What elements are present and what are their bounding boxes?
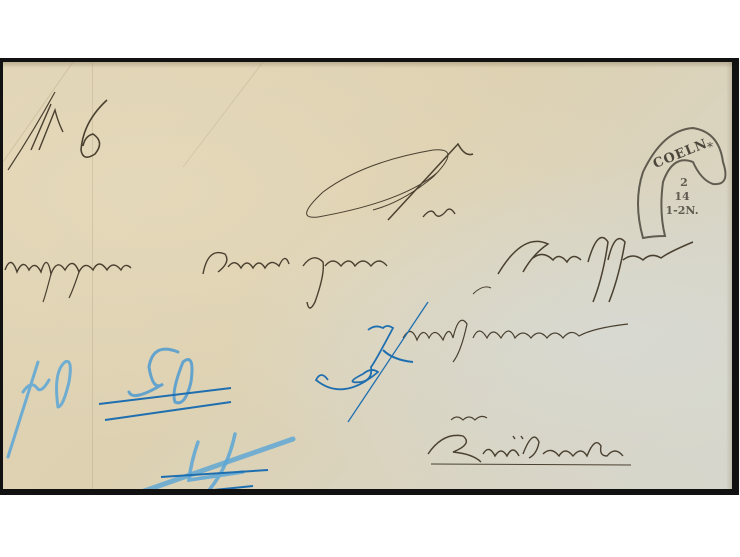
postmark-month: 14	[627, 190, 737, 203]
postmark-star-icon: *	[707, 140, 713, 154]
letter-cover: Nr 6 An Königlichen Notar Herren Kauffer…	[3, 62, 732, 489]
handwriting-strokes	[3, 62, 732, 489]
postmark-time: 1-2N.	[627, 204, 737, 217]
postmark-day: 2	[629, 176, 739, 189]
postmark-city: COELN	[651, 136, 710, 171]
photo-frame: Nr 6 An Königlichen Notar Herren Kauffer…	[0, 58, 739, 495]
coeln-postmark: COELN * 2 14 1-2N.	[625, 124, 735, 234]
